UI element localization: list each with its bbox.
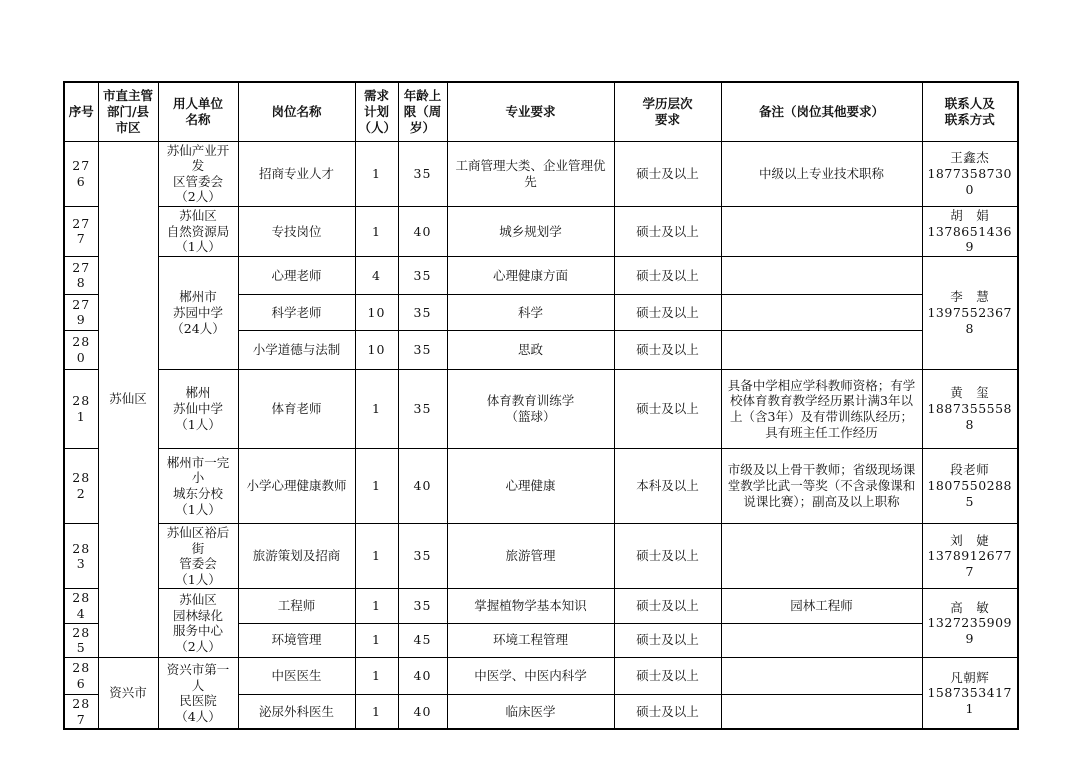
degree-cell: 本科及以上 xyxy=(614,448,721,523)
remark-cell xyxy=(721,330,922,369)
count-cell: 4 xyxy=(355,256,398,294)
serial-cell: 280 xyxy=(64,330,98,369)
serial-cell: 287 xyxy=(64,694,98,729)
remark-cell xyxy=(721,623,922,657)
remark-cell: 中级以上专业技术职称 xyxy=(721,141,922,207)
table-row: 284 苏仙区 园林绿化 服务中心 （2人） 工程师 1 35 掌握植物学基本知… xyxy=(64,589,1018,623)
major-cell: 城乡规划学 xyxy=(447,207,614,257)
remark-cell: 园林工程师 xyxy=(721,589,922,623)
degree-cell: 硕士及以上 xyxy=(614,256,721,294)
table-row: 277 苏仙区 自然资源局 （1人） 专技岗位 1 40 城乡规划学 硕士及以上… xyxy=(64,207,1018,257)
count-cell: 1 xyxy=(355,657,398,694)
age-cell: 40 xyxy=(398,657,447,694)
contact-cell: 黄 玺 18873555588 xyxy=(922,369,1018,448)
count-cell: 1 xyxy=(355,694,398,729)
contact-cell: 刘 婕 13789126777 xyxy=(922,523,1018,589)
major-cell: 中医学、中医内科学 xyxy=(447,657,614,694)
contact-cell: 凡朝辉 15873534171 xyxy=(922,657,1018,729)
header-count: 需求 计划 （人） xyxy=(355,82,398,141)
unit-cell: 苏仙区裕后街 管委会 （1人） xyxy=(158,523,238,589)
serial-cell: 286 xyxy=(64,657,98,694)
unit-cell: 郴州市 苏园中学 （24人） xyxy=(158,256,238,369)
header-age: 年龄上 限（周 岁） xyxy=(398,82,447,141)
unit-cell: 苏仙区 自然资源局 （1人） xyxy=(158,207,238,257)
count-cell: 10 xyxy=(355,330,398,369)
age-cell: 35 xyxy=(398,294,447,330)
degree-cell: 硕士及以上 xyxy=(614,207,721,257)
post-cell: 体育老师 xyxy=(238,369,355,448)
recruitment-table: 序号 市直主管 部门/县 市区 用人单位 名称 岗位名称 需求 计划 （人） 年… xyxy=(63,81,1019,730)
unit-cell: 苏仙区 园林绿化 服务中心 （2人） xyxy=(158,589,238,658)
degree-cell: 硕士及以上 xyxy=(614,694,721,729)
post-cell: 工程师 xyxy=(238,589,355,623)
major-cell: 旅游管理 xyxy=(447,523,614,589)
degree-cell: 硕士及以上 xyxy=(614,369,721,448)
post-cell: 小学道德与法制 xyxy=(238,330,355,369)
age-cell: 40 xyxy=(398,448,447,523)
age-cell: 45 xyxy=(398,623,447,657)
major-cell: 科学 xyxy=(447,294,614,330)
post-cell: 专技岗位 xyxy=(238,207,355,257)
degree-cell: 硕士及以上 xyxy=(614,294,721,330)
serial-cell: 279 xyxy=(64,294,98,330)
major-cell: 工商管理大类、企业管理优先 xyxy=(447,141,614,207)
contact-cell: 胡 娟 13786514369 xyxy=(922,207,1018,257)
age-cell: 35 xyxy=(398,330,447,369)
unit-cell: 郴州市一完小 城东分校 （1人） xyxy=(158,448,238,523)
major-cell: 临床医学 xyxy=(447,694,614,729)
post-cell: 心理老师 xyxy=(238,256,355,294)
header-unit: 用人单位 名称 xyxy=(158,82,238,141)
contact-cell: 王鑫杰 18773587300 xyxy=(922,141,1018,207)
table-row: 276 苏仙区 苏仙产业开发 区管委会 （2人） 招商专业人才 1 35 工商管… xyxy=(64,141,1018,207)
header-remark: 备注（岗位其他要求） xyxy=(721,82,922,141)
contact-cell: 李 慧 13975523678 xyxy=(922,256,1018,369)
header-serial: 序号 xyxy=(64,82,98,141)
count-cell: 1 xyxy=(355,589,398,623)
major-cell: 思政 xyxy=(447,330,614,369)
age-cell: 40 xyxy=(398,207,447,257)
degree-cell: 硕士及以上 xyxy=(614,141,721,207)
table-row: 281 郴州 苏仙中学 （1人） 体育老师 1 35 体育教育训练学 （篮球） … xyxy=(64,369,1018,448)
remark-cell: 市级及以上骨干教师；省级现场课堂教学比武一等奖（不含录像课和说课比赛）；副高及以… xyxy=(721,448,922,523)
count-cell: 10 xyxy=(355,294,398,330)
post-cell: 环境管理 xyxy=(238,623,355,657)
remark-cell xyxy=(721,694,922,729)
header-district: 市直主管 部门/县 市区 xyxy=(98,82,158,141)
unit-cell: 郴州 苏仙中学 （1人） xyxy=(158,369,238,448)
serial-cell: 278 xyxy=(64,256,98,294)
district-cell: 资兴市 xyxy=(98,657,158,729)
count-cell: 1 xyxy=(355,141,398,207)
age-cell: 40 xyxy=(398,694,447,729)
age-cell: 35 xyxy=(398,369,447,448)
remark-cell xyxy=(721,207,922,257)
degree-cell: 硕士及以上 xyxy=(614,589,721,623)
remark-cell xyxy=(721,256,922,294)
remark-cell: 具备中学相应学科教师资格；有学校体育教育教学经历累计满3年以上（含3年）及有带训… xyxy=(721,369,922,448)
age-cell: 35 xyxy=(398,589,447,623)
post-cell: 科学老师 xyxy=(238,294,355,330)
age-cell: 35 xyxy=(398,141,447,207)
header-contact: 联系人及 联系方式 xyxy=(922,82,1018,141)
district-cell: 苏仙区 xyxy=(98,141,158,657)
contact-cell: 高 敏 13272359099 xyxy=(922,589,1018,658)
age-cell: 35 xyxy=(398,256,447,294)
degree-cell: 硕士及以上 xyxy=(614,523,721,589)
count-cell: 1 xyxy=(355,369,398,448)
table-row: 283 苏仙区裕后街 管委会 （1人） 旅游策划及招商 1 35 旅游管理 硕士… xyxy=(64,523,1018,589)
serial-cell: 276 xyxy=(64,141,98,207)
post-cell: 中医医生 xyxy=(238,657,355,694)
degree-cell: 硕士及以上 xyxy=(614,657,721,694)
degree-cell: 硕士及以上 xyxy=(614,330,721,369)
table-row: 282 郴州市一完小 城东分校 （1人） 小学心理健康教师 1 40 心理健康 … xyxy=(64,448,1018,523)
major-cell: 掌握植物学基本知识 xyxy=(447,589,614,623)
post-cell: 招商专业人才 xyxy=(238,141,355,207)
serial-cell: 277 xyxy=(64,207,98,257)
header-degree: 学历层次 要求 xyxy=(614,82,721,141)
serial-cell: 281 xyxy=(64,369,98,448)
serial-cell: 285 xyxy=(64,623,98,657)
post-cell: 小学心理健康教师 xyxy=(238,448,355,523)
header-row: 序号 市直主管 部门/县 市区 用人单位 名称 岗位名称 需求 计划 （人） 年… xyxy=(64,82,1018,141)
remark-cell xyxy=(721,657,922,694)
header-post: 岗位名称 xyxy=(238,82,355,141)
remark-cell xyxy=(721,523,922,589)
serial-cell: 284 xyxy=(64,589,98,623)
unit-cell: 资兴市第一人 民医院 （4人） xyxy=(158,657,238,729)
major-cell: 体育教育训练学 （篮球） xyxy=(447,369,614,448)
serial-cell: 282 xyxy=(64,448,98,523)
table-row: 278 郴州市 苏园中学 （24人） 心理老师 4 35 心理健康方面 硕士及以… xyxy=(64,256,1018,294)
serial-cell: 283 xyxy=(64,523,98,589)
major-cell: 心理健康 xyxy=(447,448,614,523)
count-cell: 1 xyxy=(355,623,398,657)
header-major: 专业要求 xyxy=(447,82,614,141)
count-cell: 1 xyxy=(355,523,398,589)
count-cell: 1 xyxy=(355,448,398,523)
post-cell: 泌尿外科医生 xyxy=(238,694,355,729)
major-cell: 心理健康方面 xyxy=(447,256,614,294)
unit-cell: 苏仙产业开发 区管委会 （2人） xyxy=(158,141,238,207)
contact-cell: 段老师 18075502885 xyxy=(922,448,1018,523)
major-cell: 环境工程管理 xyxy=(447,623,614,657)
document-page: 序号 市直主管 部门/县 市区 用人单位 名称 岗位名称 需求 计划 （人） 年… xyxy=(0,0,1080,763)
age-cell: 35 xyxy=(398,523,447,589)
post-cell: 旅游策划及招商 xyxy=(238,523,355,589)
degree-cell: 硕士及以上 xyxy=(614,623,721,657)
table-row: 286 资兴市 资兴市第一人 民医院 （4人） 中医医生 1 40 中医学、中医… xyxy=(64,657,1018,694)
remark-cell xyxy=(721,294,922,330)
count-cell: 1 xyxy=(355,207,398,257)
